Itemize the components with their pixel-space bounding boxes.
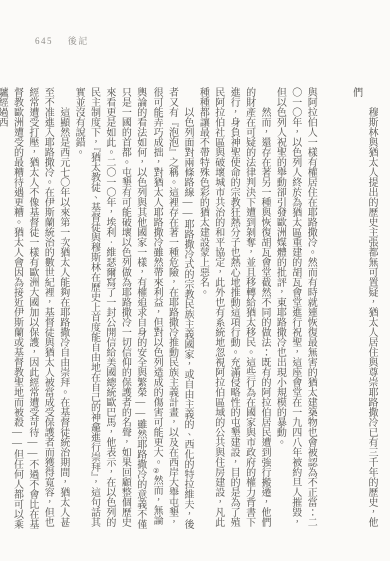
page-number: 645 <box>35 36 53 46</box>
paragraph-3-text-after-note: 然而，無論輿論的看法如何，以色列與其他國家一樣，有權追求自身的安全與繁榮——雖然… <box>73 87 162 529</box>
paragraph-3-text-before-note: 以色列面對兩條路線——耶路撒冷式的宗教民族主義國家，或自由主義的、西化的特拉維夫… <box>151 87 193 529</box>
paragraph-4: 這顯然是西元七〇年以來第一次猶太人能夠在耶路撒冷自由崇拜。在基督徒統治期間，猶太… <box>0 87 71 532</box>
footnote-marker: ② <box>152 467 160 475</box>
paragraph-2: 然而，還存在著另一種與恢復胡瓦會堂截然不同的做法：既有的阿拉伯居民遭到強行搬遷，… <box>195 87 272 532</box>
section-title: 後記 <box>68 36 89 46</box>
book-page: 645 後記 穆斯林與猶太人提出的歷史主張都無可置疑，猶太人居住與尊崇耶路撒冷已… <box>0 0 390 561</box>
paragraph-1-continuation: 與阿拉伯人一樣有權居住在耶路撒冷。然而有時就連恢復最無害的猶太建築物也會被認為不… <box>272 87 318 532</box>
page-header: 645 後記 <box>35 34 89 47</box>
paragraph-1-opening-column: 穆斯林與猶太人提出的歷史主張都無可置疑，猶太人居住與尊崇耶路撒冷已有三千年的歷史… <box>348 87 379 532</box>
body-text: 穆斯林與猶太人提出的歷史主張都無可置疑，猶太人居住與尊崇耶路撒冷已有三千年的歷史… <box>0 87 379 532</box>
paragraph-3: 以色列面對兩條路線——耶路撒冷式的宗教民族主義國家，或自由主義的、西化的特拉維夫… <box>71 87 195 532</box>
